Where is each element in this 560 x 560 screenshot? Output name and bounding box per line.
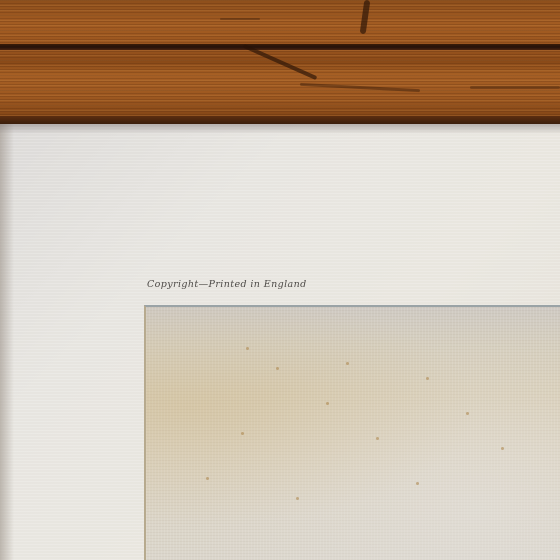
foxing-spot xyxy=(326,402,329,405)
foxing-spot xyxy=(296,497,299,500)
foxing-spot xyxy=(426,377,429,380)
print-image-area xyxy=(144,305,560,560)
foxing-spot xyxy=(206,477,209,480)
frame-seam xyxy=(0,44,560,50)
frame-lip xyxy=(0,116,560,124)
foxing-spot xyxy=(346,362,349,365)
wood-grain-streak xyxy=(300,83,420,92)
print-tint xyxy=(146,307,560,560)
foxing-spot xyxy=(241,432,244,435)
foxing-spot xyxy=(376,437,379,440)
foxing-spot xyxy=(276,367,279,370)
foxing-spot xyxy=(501,447,504,450)
copyright-imprint: Copyright—Printed in England xyxy=(147,279,307,290)
wood-grain-streak xyxy=(220,18,260,20)
wooden-frame xyxy=(0,0,560,124)
wood-grain-streak xyxy=(470,86,560,89)
frame-inner-shadow-left xyxy=(0,124,14,560)
glass-shadow xyxy=(0,124,560,134)
foxing-spot xyxy=(466,412,469,415)
foxing-spot xyxy=(416,482,419,485)
wood-grain-knot xyxy=(360,0,371,34)
foxing-spot xyxy=(246,347,249,350)
